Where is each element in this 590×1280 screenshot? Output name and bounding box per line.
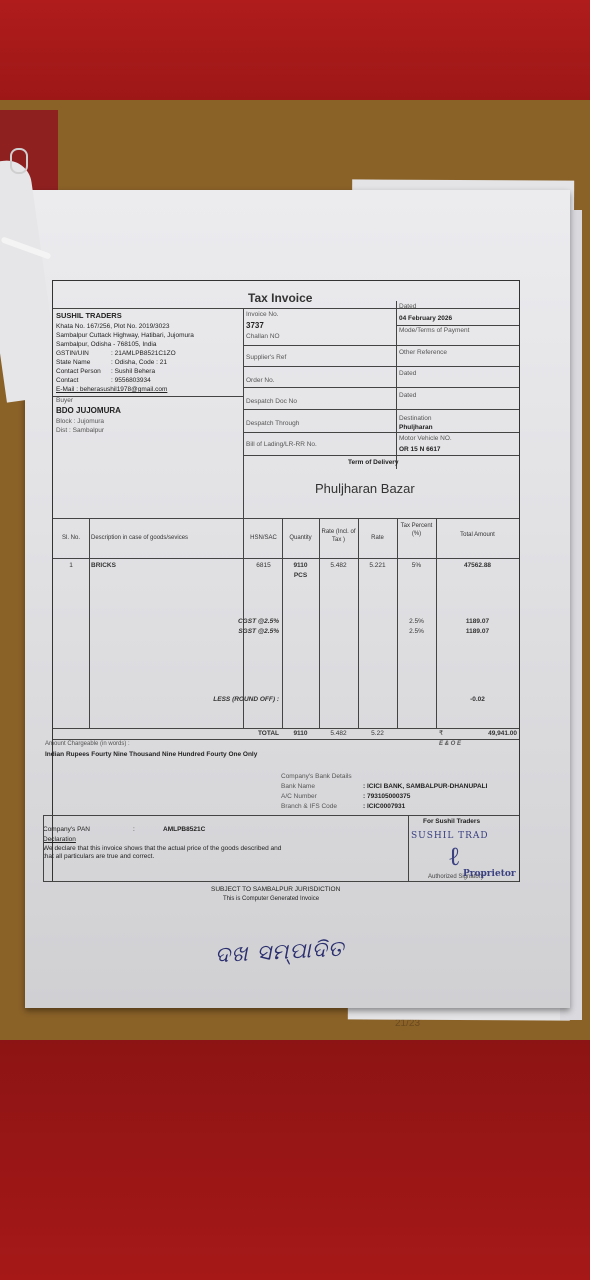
buyer-label: Buyer [56, 397, 73, 405]
row-qty: 9110 [282, 562, 319, 570]
seller-email: E-Mail : beherasushil1978@gmail.com [56, 386, 167, 394]
invoice-no-label: Invoice No. [246, 311, 279, 319]
header-description: Description in case of goods/sevices [91, 535, 188, 543]
tax-invoice: Tax Invoice SUSHIL TRADERS Khata No. 167… [52, 280, 520, 882]
total-label: TOTAL [153, 730, 279, 738]
row-unit: PCS [282, 572, 319, 580]
cgst-amount: 1189.07 [436, 618, 519, 626]
for-sushil-traders: For Sushil Traders [423, 818, 480, 826]
declaration-label: Declaration [43, 836, 76, 844]
vehicle-label: Motor Vehicle NO. [399, 435, 452, 443]
row-rate-incl: 5.482 [319, 562, 358, 570]
buyer-district: Dist : Sambalpur [56, 427, 104, 435]
row-description: BRICKS [91, 562, 116, 570]
bank-name: : ICICI BANK, SAMBALPUR-DHANUPALI [363, 783, 487, 791]
sgst-label: SGST @2.5% [153, 628, 279, 636]
destination-label: Destination [399, 415, 432, 423]
gstin-value: : 21AMLPB8521C1ZO [111, 350, 176, 358]
row-rate: 5.221 [358, 562, 397, 570]
supplier-ref-label: Supplier's Ref [246, 354, 286, 362]
bank-details-title: Company's Bank Details [281, 773, 352, 781]
amount-in-words: Indian Rupees Fourty Nine Thousand Nine … [45, 751, 257, 759]
header-rate-incl: Rate (Incl. of Tax ) [319, 529, 358, 545]
ifs-code-label: Branch & IFS Code [281, 803, 337, 811]
background-table-top [0, 0, 590, 100]
term-delivery-label: Term of Delivery [348, 459, 398, 467]
row-tax: 5% [397, 562, 436, 570]
eoe: E & O E [439, 741, 461, 749]
pan-value: AMLPB8521C [163, 826, 205, 834]
invoice-title: Tax Invoice [248, 291, 312, 307]
computer-generated-note: This is Computer Generated Invoice [223, 896, 319, 904]
seller-name: SUSHIL TRADERS [56, 311, 122, 321]
row-amount: 47562.88 [436, 562, 519, 570]
mode-payment-label: Mode/Terms of Payment [399, 327, 469, 335]
roundoff-label: LESS (ROUND OFF) : [153, 696, 279, 704]
state-value: : Odisha, Code : 21 [111, 359, 167, 367]
buyer-block: Block : Jujomura [56, 418, 104, 426]
buyer-name: BDO JUJOMURA [56, 406, 121, 416]
pan-label: Company's PAN [43, 826, 90, 834]
despatch-through-label: Despatch Through [246, 420, 299, 428]
contact-label: Contact [56, 377, 78, 385]
declaration-text: We declare that this invoice shows that … [43, 845, 283, 862]
seller-address-2: Sambalpur Cuttack Highway, Hatibari, Juj… [56, 332, 194, 340]
proprietor-stamp: Proprietor [463, 869, 516, 881]
pan-separator: : [133, 826, 135, 834]
jurisdiction: SUBJECT TO SAMBALPUR JURISDICTION [211, 886, 340, 894]
header-quantity: Quantity [282, 535, 319, 543]
roundoff-amount: -0.02 [436, 696, 519, 704]
seller-address-1: Khata No. 167/256, Plot No. 2019/3023 [56, 323, 169, 331]
cgst-label: CGST @2.5% [153, 618, 279, 626]
order-dated-label: Dated [399, 370, 416, 378]
order-no-label: Order No. [246, 377, 275, 385]
other-ref-label: Other Reference [399, 349, 447, 357]
header-rate: Rate [358, 535, 397, 543]
invoice-no: 3737 [246, 321, 264, 331]
account-number: : 793105000375 [363, 793, 410, 801]
bill-of-lading-label: Bill of Lading/LR-RR No. [246, 441, 317, 449]
amount-words-label: Amount Chargeable (in words) : [45, 741, 130, 749]
state-label: State Name [56, 359, 90, 367]
header-total-amount: Total Amount [436, 532, 519, 540]
signature: ℓ [448, 841, 460, 875]
cgst-percent: 2.5% [397, 618, 436, 626]
background-table-bottom [0, 1040, 590, 1280]
total-qty: 9110 [282, 730, 319, 738]
row-sl: 1 [53, 562, 89, 570]
header-sl-no: Sl. No. [53, 535, 89, 543]
total-rate-incl: 5.482 [319, 730, 358, 738]
total-amount: 49,941.00 [436, 730, 517, 738]
term-delivery-value: Phuljharan Bazar [315, 481, 415, 498]
account-number-label: A/C Number [281, 793, 317, 801]
bank-name-label: Bank Name [281, 783, 315, 791]
despatch-dated-label: Dated [399, 392, 416, 400]
sgst-amount: 1189.07 [436, 628, 519, 636]
contact-value: : 9556803934 [111, 377, 151, 385]
binder-ring [10, 148, 28, 174]
sgst-percent: 2.5% [397, 628, 436, 636]
dated-label: Dated [399, 303, 416, 311]
gstin-label: GSTIN/UIN [56, 350, 89, 358]
invoice-date: 04 February 2026 [399, 315, 452, 323]
challan-label: Challan NO [246, 333, 280, 341]
vehicle-number: OR 15 N 6617 [399, 446, 441, 454]
ifs-code: : ICIC0007931 [363, 803, 405, 811]
seller-address-3: Sambalpur, Odisha - 768105, India [56, 341, 156, 349]
despatch-doc-label: Despatch Doc No [246, 398, 297, 406]
header-tax-percent: Tax Percent (%) [397, 523, 436, 539]
contact-person-label: Contact Person [56, 368, 101, 376]
total-rate: 5.22 [358, 730, 397, 738]
header-hsn: HSN/SAC [245, 535, 282, 543]
row-hsn: 6815 [245, 562, 282, 570]
contact-person-value: : Sushil Behera [111, 368, 155, 376]
